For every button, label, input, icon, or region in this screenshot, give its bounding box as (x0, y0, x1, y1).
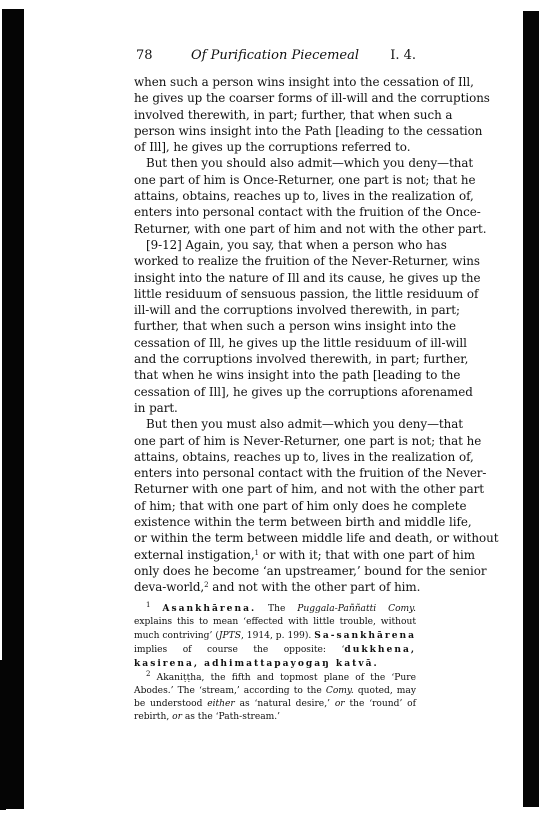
body-text: when such a person wins insight into the… (134, 74, 416, 596)
footnote-1: 1 Asankhārena. The Puggala-Paññatti Comy… (134, 602, 416, 672)
pali-term: Sa-sankhārena (314, 630, 416, 641)
section-number: I. 4. (390, 48, 416, 63)
text-line: in part. (134, 400, 416, 416)
text-line: he gives up the coarser forms of ill-wil… (134, 90, 416, 106)
pali-term: Asankhārena. (162, 603, 256, 614)
text-line: involved therewith, in part; further, th… (134, 107, 416, 123)
text-line: external instigation,1 or with it; that … (134, 547, 416, 563)
text-line: cessation of Ill, he gives up the little… (134, 335, 416, 351)
text-line: worked to realize the fruition of the Ne… (134, 253, 416, 269)
paragraph-2: But then you should also admit—which you… (134, 155, 416, 236)
scan-edge-right (523, 11, 539, 807)
text-line: one part of him is Never-Returner, one p… (134, 433, 416, 449)
text-line: or within the term between middle life a… (134, 530, 416, 546)
text-line: of Ill], he gives up the corruptions ref… (134, 139, 416, 155)
text-line: But then you should also admit—which you… (134, 155, 416, 171)
text-line: only does he become ‘an upstreamer,’ bou… (134, 563, 416, 579)
book-page: 78 Of Purification Piecemeal I. 4. when … (134, 48, 416, 724)
footnote-2: 2 Akaniṭṭha, the fifth and topmost plane… (134, 672, 416, 725)
paragraph-4: But then you must also admit—which you d… (134, 416, 416, 595)
paragraph-3: [9-12] Again, you say, that when a perso… (134, 237, 416, 416)
footnotes: 1 Asankhārena. The Puggala-Paññatti Comy… (134, 602, 416, 725)
text-line: when such a person wins insight into the… (134, 74, 416, 90)
work-title: Puggala-Paññatti Comy. (297, 604, 416, 614)
text-line: Returner with one part of him, and not w… (134, 481, 416, 497)
text-line: attains, obtains, reaches up to, lives i… (134, 449, 416, 465)
text-line: one part of him is Once-Returner, one pa… (134, 172, 416, 188)
paragraph-1: when such a person wins insight into the… (134, 74, 416, 155)
text-line: insight into the nature of Ill and its c… (134, 270, 416, 286)
text-line: deva-world,2 and not with the other part… (134, 579, 416, 595)
text-line: cessation of Ill], he gives up the corru… (134, 384, 416, 400)
journal-abbrev: JPTS (219, 631, 241, 641)
text-line: person wins insight into the Path [leadi… (134, 123, 416, 139)
text-line: enters into personal contact with the fr… (134, 465, 416, 481)
text-line: [9-12] Again, you say, that when a perso… (134, 237, 416, 253)
scan-edge-left-tail (0, 660, 6, 810)
text-line: attains, obtains, reaches up to, lives i… (134, 188, 416, 204)
text-line: enters into personal contact with the fr… (134, 204, 416, 220)
text-line: of him; that with one part of him only d… (134, 498, 416, 514)
text-line: existence within the term between birth … (134, 514, 416, 530)
text-line: ill-will and the corruptions involved th… (134, 302, 416, 318)
text-line: little residuum of sensuous passion, the… (134, 286, 416, 302)
text-line: that when he wins insight into the path … (134, 367, 416, 383)
text-line: But then you must also admit—which you d… (134, 416, 416, 432)
chapter-title: Of Purification Piecemeal (134, 48, 416, 63)
running-head: 78 Of Purification Piecemeal I. 4. (134, 48, 416, 68)
text-line: further, that when such a person wins in… (134, 318, 416, 334)
text-line: and the corruptions involved therewith, … (134, 351, 416, 367)
text-line: Returner, with one part of him and not w… (134, 221, 416, 237)
